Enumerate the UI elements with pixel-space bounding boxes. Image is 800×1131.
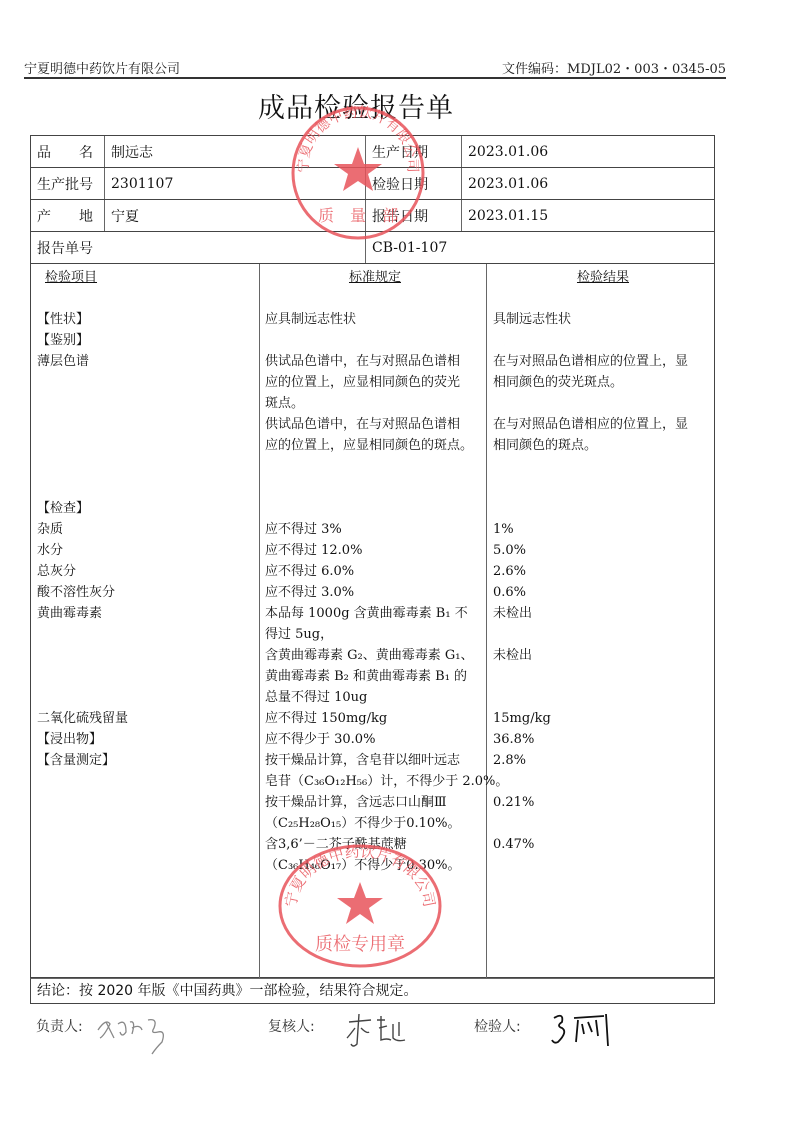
page-title: 成品检验报告单 [0,86,712,125]
standard-line: 本品每 1000g 含黄曲霉毒素 B₁ 不 [265,603,485,624]
conclusion: 结论：按 2020 年版《中国药典》一部检验，结果符合规定。 [30,978,715,1004]
standard-line: 按干燥品计算，含皂苷以细叶远志 [265,750,485,771]
standard-line: 皂苷（C₃₆O₁₂H₅₆）计，不得少于 2.0%。 [265,771,485,792]
inspector-label: 检验人: [474,1016,521,1036]
result-line: 相同颜色的斑点。 [493,435,713,456]
report-no-label: 报告单号 [31,232,365,263]
header-divider [24,77,726,79]
result-line: 5.0% [493,540,713,561]
standard-line: 黄曲霉毒素 B₂ 和黄曲霉毒素 B₁ 的 [265,666,485,687]
result-line: 在与对照品色谱相应的位置上，显 [493,414,713,435]
product-name-value: 制远志 [105,136,365,167]
item-line [37,477,257,498]
responsible-label: 负责人: [36,1016,83,1036]
result-line: 2.8% [493,750,713,771]
info-row-batch: 生产批号 2301107 检验日期 2023.01.06 [31,168,714,200]
result-line: 0.6% [493,582,713,603]
report-no-value: CB-01-107 [366,232,706,263]
standard-line [265,288,485,309]
result-line [493,624,713,645]
result-line [493,855,713,876]
result-line: 2.6% [493,561,713,582]
report-date-value: 2023.01.15 [462,200,712,231]
standard-line: 应不得过 3% [265,519,485,540]
standard-line [265,477,485,498]
info-row-report-no: 报告单号 CB-01-107 [31,232,714,264]
result-line: 0.21% [493,792,713,813]
result-line [493,288,713,309]
standard-line: 应的位置上，应显相同颜色的斑点。 [265,435,485,456]
inspection-date-label: 检验日期 [366,168,461,199]
item-line: 【性状】 [37,309,257,330]
result-line: 1% [493,519,713,540]
results-column: 检验结果 具制远志性状在与对照品色谱相应的位置上，显相同颜色的荧光斑点。在与对照… [493,267,713,876]
standard-line: （C₂₅H₂₈O₁₅）不得少于0.10%。 [265,813,485,834]
standard-line: 含黄曲霉毒素 G₂、黄曲霉毒素 G₁、 [265,645,485,666]
standard-line [265,498,485,519]
item-line [37,435,257,456]
info-row-origin: 产 地 宁夏 报告日期 2023.01.15 [31,200,714,232]
item-line [37,624,257,645]
report-date-label: 报告日期 [366,200,461,231]
standard-line: 应不得过 3.0% [265,582,485,603]
column-header-result: 检验结果 [493,267,713,288]
result-line [493,498,713,519]
result-line [493,393,713,414]
column-header-item: 检验项目 [37,267,257,288]
item-line [37,456,257,477]
item-line: 二氧化硫残留量 [37,708,257,729]
column-header-standard: 标准规定 [265,267,485,288]
responsible-signature [92,1008,182,1058]
items-column: 检验项目 【性状】【鉴别】薄层色谱【检查】杂质水分总灰分酸不溶性灰分黄曲霉毒素二… [37,267,257,771]
standard-line: 应不得过 150mg/kg [265,708,485,729]
standard-line: （C₃₆H₄₆O₁₇）不得少于0.30%。 [265,855,485,876]
inspection-date-value: 2023.01.06 [462,168,712,199]
production-date-label: 生产日期 [366,136,461,167]
item-line: 杂质 [37,519,257,540]
item-line [37,666,257,687]
result-line [493,330,713,351]
standard-line [265,330,485,351]
result-line [493,456,713,477]
result-line: 36.8% [493,729,713,750]
standard-line: 应的位置上，应显相同颜色的荧光 [265,372,485,393]
production-date-value: 2023.01.06 [462,136,712,167]
company-name: 宁夏明德中药饮片有限公司 [24,58,180,77]
standard-line: 供试品色谱中，在与对照品色谱相 [265,414,485,435]
result-line: 15mg/kg [493,708,713,729]
result-line [493,813,713,834]
inspector-signature [548,1008,623,1050]
result-line [493,771,713,792]
standard-line [265,456,485,477]
result-line: 在与对照品色谱相应的位置上，显 [493,351,713,372]
standard-line: 总量不得过 10ug [265,687,485,708]
result-line: 未检出 [493,645,713,666]
col-divider-1 [259,264,260,978]
origin-label: 产 地 [31,200,104,231]
standard-line: 斑点。 [265,393,485,414]
result-line [493,666,713,687]
batch-label: 生产批号 [31,168,104,199]
result-line [493,477,713,498]
report-table: 品 名 制远志 生产日期 2023.01.06 生产批号 2301107 检验日… [30,135,715,978]
item-line: 【鉴别】 [37,330,257,351]
item-line [37,414,257,435]
result-line: 具制远志性状 [493,309,713,330]
product-name-label: 品 名 [31,136,104,167]
item-line [37,288,257,309]
standard-line: 含3,6’－二芥子酰基蔗糖 [265,834,485,855]
item-line [37,393,257,414]
item-line: 【含量测定】 [37,750,257,771]
item-line: 【检查】 [37,498,257,519]
item-line: 薄层色谱 [37,351,257,372]
item-line [37,687,257,708]
result-line: 0.47% [493,834,713,855]
file-code: 文件编码：MDJL02・003・0345-05 [502,58,726,77]
item-line: 总灰分 [37,561,257,582]
reviewer-label: 复核人: [268,1016,315,1036]
item-line [37,645,257,666]
origin-value: 宁夏 [105,200,365,231]
item-line [37,372,257,393]
col-divider-2 [486,264,487,978]
standard-line: 应具制远志性状 [265,309,485,330]
standard-line: 按干燥品计算，含远志口山酮Ⅲ [265,792,485,813]
result-line: 未检出 [493,603,713,624]
item-line: 【浸出物】 [37,729,257,750]
standard-line: 供试品色谱中，在与对照品色谱相 [265,351,485,372]
reviewer-signature [345,1010,415,1052]
item-line: 黄曲霉毒素 [37,603,257,624]
standards-column: 标准规定 应具制远志性状供试品色谱中，在与对照品色谱相应的位置上，应显相同颜色的… [265,267,485,876]
standard-line: 应不得少于 30.0% [265,729,485,750]
info-row-name: 品 名 制远志 生产日期 2023.01.06 [31,136,714,168]
result-line [493,687,713,708]
item-line: 水分 [37,540,257,561]
batch-value: 2301107 [105,168,365,199]
standard-line: 得过 5ug， [265,624,485,645]
item-line: 酸不溶性灰分 [37,582,257,603]
standard-line: 应不得过 6.0% [265,561,485,582]
standard-line: 应不得过 12.0% [265,540,485,561]
result-line: 相同颜色的荧光斑点。 [493,372,713,393]
